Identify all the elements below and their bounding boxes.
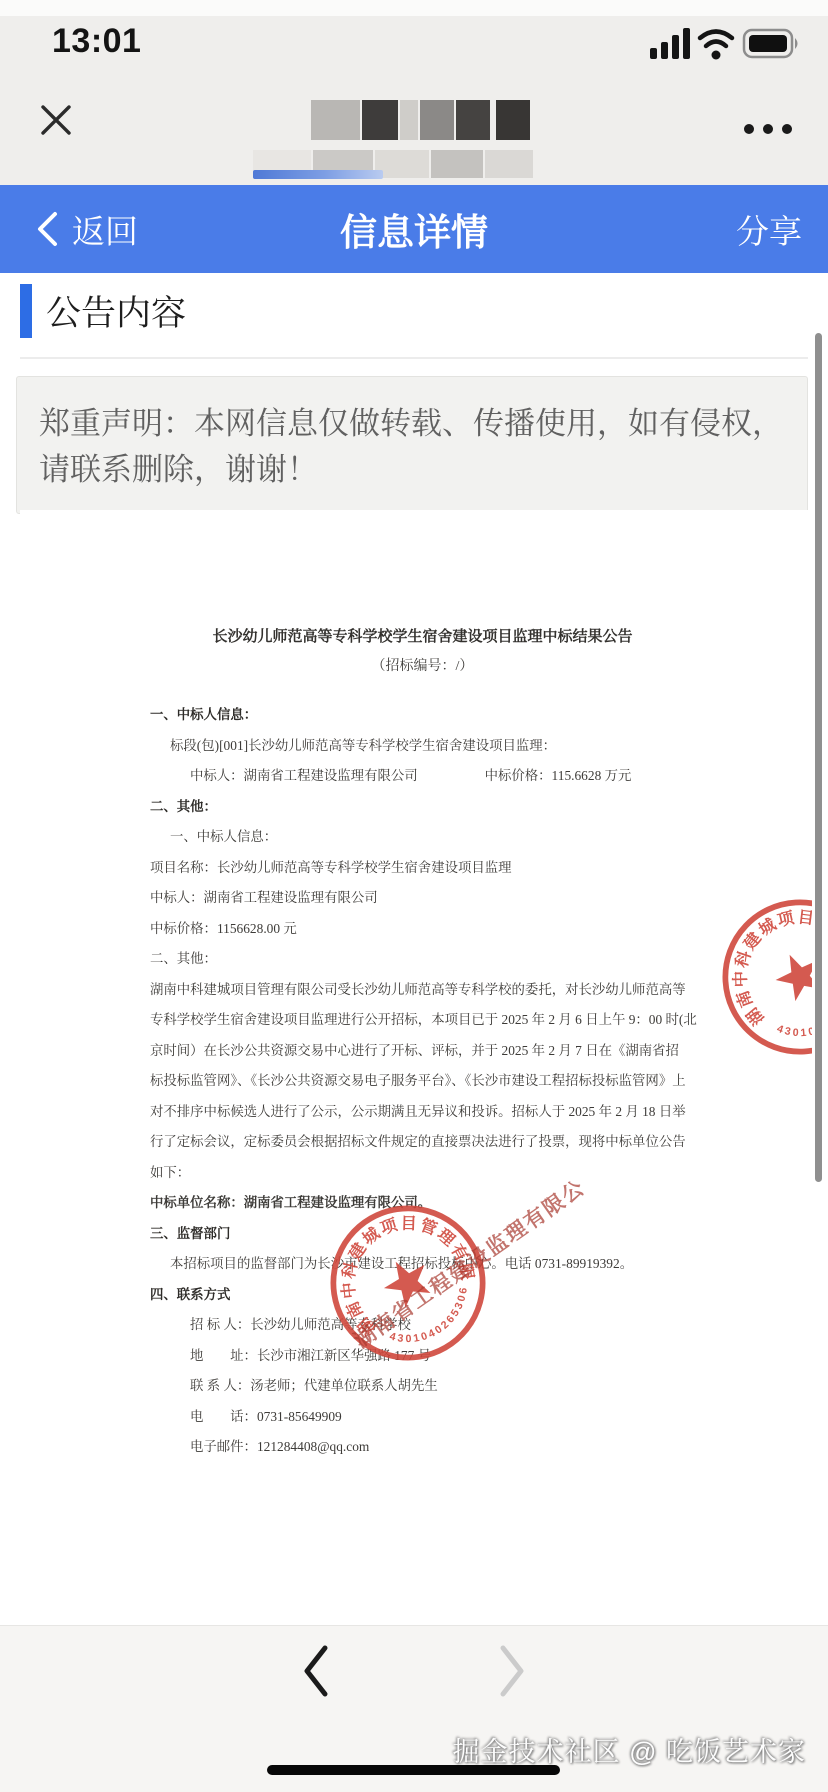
page-navbar: 信息详情 返回 分享 xyxy=(0,185,828,273)
svg-text:4301040265306: 4301040265306 xyxy=(769,979,812,1053)
document-line: 湖南中科建城项目管理有限公司受长沙幼儿师范高等专科学校的委托，对长沙幼儿师范高等 xyxy=(150,975,695,1006)
document-line: 电子邮件：121284408@qq.com xyxy=(150,1432,695,1463)
document-line: 中标人：湖南省工程建设监理有限公司 xyxy=(150,883,695,914)
redacted-link-underline xyxy=(253,170,383,179)
status-time: 13:01 xyxy=(52,22,141,61)
company-seal-right: 湖南中科建城项目管理有限公司 4301040265306 xyxy=(691,868,812,1086)
document-line: 标投标监管网》、《长沙公共资源交易电子服务平台》、《长沙市建设工程招标投标监管网… xyxy=(150,1066,695,1097)
status-icons xyxy=(650,24,800,69)
disclaimer-box: 郑重声明：本网信息仅做转载、传播使用，如有侵权，请联系删除，谢谢！ xyxy=(16,376,808,514)
seal-company-text: 湖南中科建城项目管理有限公司 xyxy=(691,868,812,1045)
watermark-text: 掘金技术社区 @ 吃饭艺术家 xyxy=(453,1730,806,1769)
document-line: 中标人：湖南省工程建设监理有限公司 中标价格：115.6628 万元 xyxy=(150,761,695,792)
document-line: 一、中标人信息： xyxy=(150,700,695,731)
close-icon[interactable] xyxy=(40,104,72,136)
document-line: 标段(包)[001]长沙幼儿师范高等专科学校学生宿舍建设项目监理： xyxy=(150,731,695,762)
wifi-icon xyxy=(700,32,732,47)
document-title: 长沙幼儿师范高等专科学校学生宿舍建设项目监理中标结果公告 xyxy=(150,622,695,652)
scrollbar-thumb[interactable] xyxy=(815,333,822,1182)
status-bar-highlight xyxy=(0,0,828,16)
document-line: 项目名称：长沙幼儿师范高等专科学校学生宿舍建设项目监理 xyxy=(150,853,695,884)
home-indicator[interactable] xyxy=(267,1765,560,1775)
document-line: 二、其他： xyxy=(150,792,695,823)
next-page-button[interactable] xyxy=(498,1644,528,1703)
previous-page-button[interactable] xyxy=(300,1644,330,1703)
document-line: 一、中标人信息： xyxy=(150,822,695,853)
share-button[interactable]: 分享 xyxy=(736,206,802,253)
more-menu-icon[interactable] xyxy=(744,124,792,134)
document-line: 中标价格：1156628.00 元 xyxy=(150,914,695,945)
document-line: 专科学校学生宿舍建设项目监理进行公开招标，本项目已于 2025 年 2 月 6 … xyxy=(150,1005,695,1036)
document-line: 行了定标会议，定标委员会根据招标文件规定的直接票决法进行了投票，现将中标单位公告 xyxy=(150,1127,695,1158)
document-line: 二、其他： xyxy=(150,944,695,975)
battery-icon xyxy=(744,30,798,57)
document-line: 京时间）在长沙公共资源交易中心进行了开标、评标，并于 2025 年 2 月 7 … xyxy=(150,1036,695,1067)
back-label: 返回 xyxy=(72,206,138,253)
chevron-left-icon xyxy=(36,211,58,247)
section-title: 公告内容 xyxy=(46,286,186,336)
app-header: 13:01 xyxy=(0,0,828,185)
wifi-dot xyxy=(712,51,721,60)
document-page: 长沙幼儿师范高等专科学校学生宿舍建设项目监理中标结果公告 （招标编号：/） 一、… xyxy=(20,510,812,1625)
document-line: 联 系 人：汤老师；代建单位联系人胡先生 xyxy=(150,1371,695,1402)
divider xyxy=(20,357,808,359)
section-header: 公告内容 xyxy=(20,284,186,338)
section-accent-bar xyxy=(20,284,32,338)
phone-screen: 13:01 xyxy=(0,0,828,1792)
document-line: 电 话：0731-85649909 xyxy=(150,1402,695,1433)
document-line: 对不排序中标候选人进行了公示，公示期满且无异议和投诉。招标人于 2025 年 2… xyxy=(150,1097,695,1128)
svg-text:湖南中科建城项目管理有限公司: 湖南中科建城项目管理有限公司 xyxy=(691,868,812,1045)
seal-star xyxy=(768,945,812,1005)
signal-icon xyxy=(650,28,690,59)
back-button[interactable]: 返回 xyxy=(36,206,138,253)
seal-code-text: 4301040265306 xyxy=(769,979,812,1053)
document-subtitle: （招标编号：/） xyxy=(150,652,695,682)
